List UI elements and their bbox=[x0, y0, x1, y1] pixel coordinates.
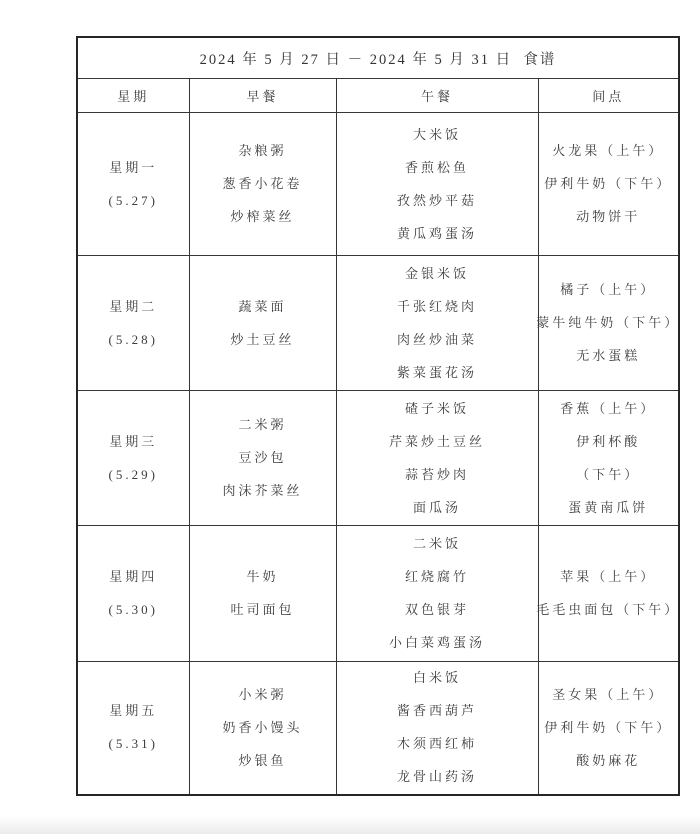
column-header-day: 星期 bbox=[77, 79, 189, 113]
day-cell: 星期二 (5.28) bbox=[77, 256, 189, 391]
menu-item: 肉沫芥菜丝 bbox=[222, 481, 302, 501]
day-cell: 星期四 (5.30) bbox=[77, 526, 189, 662]
date-label: (5.28) bbox=[109, 330, 158, 350]
day-label: 星期一 bbox=[109, 158, 157, 178]
menu-item: 面瓜汤 bbox=[413, 498, 461, 518]
menu-item: 无水蛋糕 bbox=[576, 346, 640, 366]
menu-item: 孜然炒平菇 bbox=[397, 191, 477, 211]
date-label: (5.29) bbox=[109, 465, 158, 485]
menu-item: （下午） bbox=[576, 465, 640, 485]
menu-item: 牛奶 bbox=[246, 567, 278, 587]
menu-item: 木须西红柿 bbox=[397, 734, 477, 754]
table-row-monday: 星期一 (5.27) 杂粮粥 葱香小花卷 炒榨菜丝 大米饭 香煎松鱼 孜 bbox=[77, 113, 679, 256]
menu-item: 苹果（上午） bbox=[560, 567, 656, 587]
breakfast-cell: 蔬菜面 炒土豆丝 bbox=[189, 256, 336, 391]
lunch-cell: 白米饭 酱香西葫芦 木须西红柿 龙骨山药汤 bbox=[336, 662, 538, 795]
menu-item: 豆沙包 bbox=[238, 448, 286, 468]
snack-cell: 香蕉（上午） 伊利杯酸 （下午） 蛋黄南瓜饼 bbox=[538, 391, 679, 526]
date-label: (5.27) bbox=[109, 191, 158, 211]
breakfast-cell: 小米粥 奶香小馒头 炒银鱼 bbox=[189, 662, 336, 795]
menu-item: 奶香小馒头 bbox=[222, 718, 302, 738]
day-label: 星期三 bbox=[109, 432, 157, 452]
menu-item: 碴子米饭 bbox=[405, 399, 469, 419]
table-row-tuesday: 星期二 (5.28) 蔬菜面 炒土豆丝 金银米饭 千张红烧肉 肉丝炒油菜 bbox=[77, 256, 679, 391]
day-cell: 星期一 (5.27) bbox=[77, 113, 189, 256]
day-label: 星期二 bbox=[109, 297, 157, 317]
menu-item: 大米饭 bbox=[413, 125, 461, 145]
lunch-cell: 碴子米饭 芹菜炒土豆丝 蒜苔炒肉 面瓜汤 bbox=[336, 391, 538, 526]
menu-item: 肉丝炒油菜 bbox=[397, 330, 477, 350]
menu-item: 金银米饭 bbox=[405, 264, 469, 284]
menu-item: 酸奶麻花 bbox=[576, 751, 640, 771]
menu-item: 杂粮粥 bbox=[238, 141, 286, 161]
bottom-shadow-gradient bbox=[0, 816, 700, 834]
menu-item: 吐司面包 bbox=[230, 600, 294, 620]
menu-item: 双色银芽 bbox=[405, 600, 469, 620]
lunch-cell: 大米饭 香煎松鱼 孜然炒平菇 黄瓜鸡蛋汤 bbox=[336, 113, 538, 256]
breakfast-cell: 杂粮粥 葱香小花卷 炒榨菜丝 bbox=[189, 113, 336, 256]
menu-item: 小米粥 bbox=[238, 685, 286, 705]
snack-cell: 圣女果（上午） 伊利牛奶（下午） 酸奶麻花 bbox=[538, 662, 679, 795]
menu-item: 炒银鱼 bbox=[238, 751, 286, 771]
document-page: 2024 年 5 月 27 日 － 2024 年 5 月 31 日 食谱 星期 … bbox=[0, 0, 700, 834]
column-header-snack: 间点 bbox=[538, 79, 679, 113]
day-cell: 星期五 (5.31) bbox=[77, 662, 189, 795]
snack-cell: 火龙果（上午） 伊利牛奶（下午） 动物饼干 bbox=[538, 113, 679, 256]
menu-item: 动物饼干 bbox=[576, 207, 640, 227]
header-row: 星期 早餐 午餐 间点 bbox=[77, 79, 679, 113]
menu-item: 伊利牛奶（下午） bbox=[544, 174, 672, 194]
menu-item: 小白菜鸡蛋汤 bbox=[389, 633, 485, 653]
menu-item: 蛋黄南瓜饼 bbox=[568, 498, 648, 518]
menu-item: 千张红烧肉 bbox=[397, 297, 477, 317]
snack-cell: 苹果（上午） 毛毛虫面包（下午） bbox=[538, 526, 679, 662]
title-row: 2024 年 5 月 27 日 － 2024 年 5 月 31 日 食谱 bbox=[77, 37, 679, 79]
menu-item: 蔬菜面 bbox=[238, 297, 286, 317]
menu-item: 炒土豆丝 bbox=[230, 330, 294, 350]
menu-item: 香蕉（上午） bbox=[560, 399, 656, 419]
date-label: (5.30) bbox=[109, 600, 158, 620]
snack-cell: 橘子（上午） 蒙牛纯牛奶（下午） 无水蛋糕 bbox=[538, 256, 679, 391]
day-label: 星期四 bbox=[109, 567, 157, 587]
menu-item: 香煎松鱼 bbox=[405, 158, 469, 178]
menu-item: 伊利牛奶（下午） bbox=[544, 718, 672, 738]
menu-item: 葱香小花卷 bbox=[222, 174, 302, 194]
lunch-cell: 二米饭 红烧腐竹 双色银芽 小白菜鸡蛋汤 bbox=[336, 526, 538, 662]
column-header-breakfast: 早餐 bbox=[189, 79, 336, 113]
menu-item: 酱香西葫芦 bbox=[397, 701, 477, 721]
table-row-thursday: 星期四 (5.30) 牛奶 吐司面包 二米饭 红烧腐竹 双色银芽 小白菜 bbox=[77, 526, 679, 662]
menu-item: 毛毛虫面包（下午） bbox=[536, 600, 680, 620]
menu-item: 蒜苔炒肉 bbox=[405, 465, 469, 485]
menu-table: 2024 年 5 月 27 日 － 2024 年 5 月 31 日 食谱 星期 … bbox=[76, 36, 680, 796]
menu-item: 紫菜蛋花汤 bbox=[397, 363, 477, 383]
menu-item: 黄瓜鸡蛋汤 bbox=[397, 224, 477, 244]
menu-item: 二米饭 bbox=[413, 534, 461, 554]
column-header-lunch: 午餐 bbox=[336, 79, 538, 113]
menu-item: 炒榨菜丝 bbox=[230, 207, 294, 227]
day-cell: 星期三 (5.29) bbox=[77, 391, 189, 526]
menu-item: 芹菜炒土豆丝 bbox=[389, 432, 485, 452]
menu-item: 火龙果（上午） bbox=[552, 141, 664, 161]
day-label: 星期五 bbox=[109, 701, 157, 721]
menu-item: 橘子（上午） bbox=[560, 280, 656, 300]
page-title: 2024 年 5 月 27 日 － 2024 年 5 月 31 日 食谱 bbox=[77, 37, 679, 79]
menu-item: 红烧腐竹 bbox=[405, 567, 469, 587]
menu-item: 白米饭 bbox=[413, 668, 461, 688]
date-label: (5.31) bbox=[109, 734, 158, 754]
menu-item: 龙骨山药汤 bbox=[397, 767, 477, 787]
menu-item: 圣女果（上午） bbox=[552, 685, 664, 705]
breakfast-cell: 牛奶 吐司面包 bbox=[189, 526, 336, 662]
table-row-friday: 星期五 (5.31) 小米粥 奶香小馒头 炒银鱼 白米饭 酱香西葫芦 木 bbox=[77, 662, 679, 795]
breakfast-cell: 二米粥 豆沙包 肉沫芥菜丝 bbox=[189, 391, 336, 526]
table-row-wednesday: 星期三 (5.29) 二米粥 豆沙包 肉沫芥菜丝 碴子米饭 芹菜炒土豆丝 bbox=[77, 391, 679, 526]
menu-item: 伊利杯酸 bbox=[576, 432, 640, 452]
menu-item: 二米粥 bbox=[238, 415, 286, 435]
lunch-cell: 金银米饭 千张红烧肉 肉丝炒油菜 紫菜蛋花汤 bbox=[336, 256, 538, 391]
menu-item: 蒙牛纯牛奶（下午） bbox=[536, 313, 680, 333]
